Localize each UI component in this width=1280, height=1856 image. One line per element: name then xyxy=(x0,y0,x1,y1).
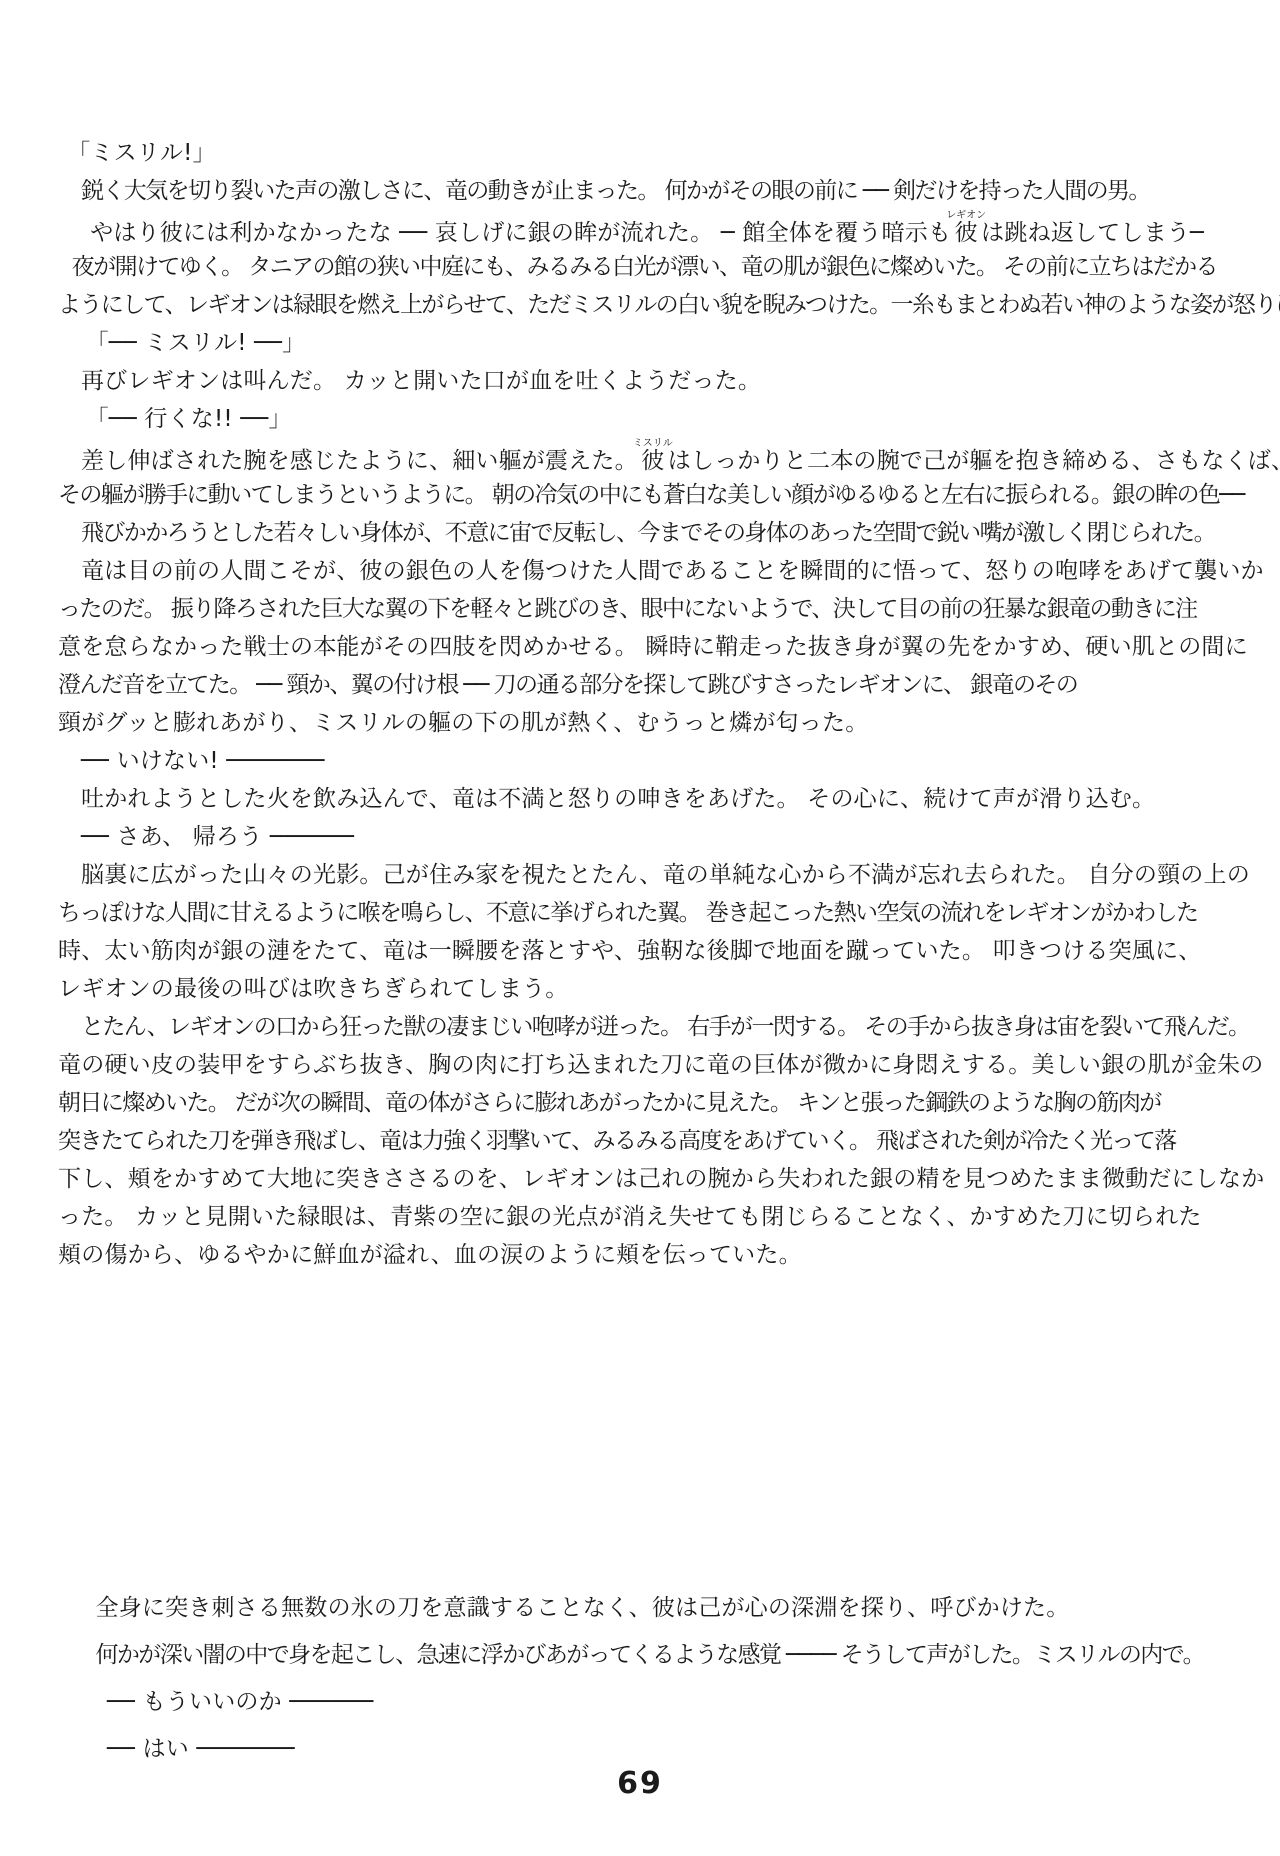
text-line: とたん、レギオンの口から狂った獣の凄まじい咆哮が迸った。 右手が一閃する。 その… xyxy=(58,1008,1238,1046)
text-line: 吐かれようとした火を飲み込んで、竜は不満と怒りの呻きをあげた。 その心に、続けて… xyxy=(58,780,1238,818)
text-line: 「── ミスリル! ──」 xyxy=(58,324,1238,362)
text-line: その軀が勝手に動いてしまうというように。 朝の冷気の中にも蒼白な美しい顔がゆるゆ… xyxy=(58,476,1238,514)
text-line: ── いけない! ─────── xyxy=(58,742,1238,780)
page-number: 69 xyxy=(0,1766,1280,1801)
text-line: 澄んだ音を立てた。 ── 頸か、翼の付け根 ── 刀の通る部分を探して跳びすさっ… xyxy=(58,666,1238,704)
text-line: レギオンの最後の叫びは吹きちぎられてしまう。 xyxy=(58,970,1238,1008)
text-line: 全身に突き刺さる無数の氷の刀を意識することなく、彼は己が心の深淵を探り、呼びかけ… xyxy=(84,1585,1224,1632)
text-line: 脳裏に広がった山々の光影。己が住み家を視たとたん、竜の単純な心から不満が忘れ去ら… xyxy=(58,856,1238,894)
text-line: 頬の傷から、ゆるやかに鮮血が溢れ、血の涙のように頬を伝っていた。 xyxy=(58,1236,1238,1274)
text-line: ── さあ、 帰ろう ────── xyxy=(58,818,1238,856)
text-line: 何かが深い闇の中で身を起こし、急速に浮かびあがってくるような感覚 ──── そう… xyxy=(84,1632,1224,1679)
text-line: ようにして、レギオンは緑眼を燃え上がらせて、ただミスリルの白い貌を睨みつけた。一… xyxy=(58,286,1238,324)
novel-text-main: 「ミスリル!」鋭く大気を切り裂いた声の激しさに、竜の動きが止まった。 何かがその… xyxy=(58,134,1238,1274)
text-line: ── もういいのか ────── xyxy=(84,1679,1224,1726)
text-line: 夜が開けてゆく。 タニアの館の狭い中庭にも、みるみる白光が漂い、竜の肌が銀色に燦… xyxy=(58,248,1238,286)
text-line: 突きたてられた刀を弾き飛ばし、竜は力強く羽撃いて、みるみる高度をあげていく。 飛… xyxy=(58,1122,1238,1160)
text-line: ったのだ。 振り降ろされた巨大な翼の下を軽々と跳びのき、眼中にないようで、決して… xyxy=(58,590,1238,628)
text-line: った。 カッと見開いた緑眼は、青紫の空に銀の光点が消え失せても閉じらることなく、… xyxy=(58,1198,1238,1236)
text-line: 意を怠らなかった戦士の本能がその四肢を閃めかせる。 瞬時に鞘走った抜き身が翼の先… xyxy=(58,628,1238,666)
text-line: 差し伸ばされた腕を感じたように、細い軀が震えた。彼ミスリルはしっかりと二本の腕で… xyxy=(58,438,1238,476)
text-line: 時、太い筋肉が銀の漣をたて、竜は一瞬腰を落とすや、強靭な後脚で地面を蹴っていた。… xyxy=(58,932,1238,970)
text-line: 「── 行くな!! ──」 xyxy=(58,400,1238,438)
furigana: 彼ミスリル xyxy=(638,448,668,474)
text-line: 再びレギオンは叫んだ。 カッと開いた口が血を吐くようだった。 xyxy=(58,362,1238,400)
scanned-page: 「ミスリル!」鋭く大気を切り裂いた声の激しさに、竜の動きが止まった。 何かがその… xyxy=(0,0,1280,1856)
text-line: 「ミスリル!」 xyxy=(58,134,1238,172)
text-line: 頸がグッと膨れあがり、ミスリルの軀の下の肌が熱く、むうっと燐が匂った。 xyxy=(58,704,1238,742)
text-line: 朝日に燦めいた。 だが次の瞬間、竜の体がさらに膨れあがったかに見えた。 キンと張… xyxy=(58,1084,1238,1122)
text-line: やはり彼には利かなかったな ── 哀しげに銀の眸が流れた。 ─ 館全体を覆う暗示… xyxy=(58,210,1238,248)
novel-text-closing: 全身に突き刺さる無数の氷の刀を意識することなく、彼は己が心の深淵を探り、呼びかけ… xyxy=(84,1585,1224,1773)
furigana: 彼レギオン xyxy=(951,220,981,246)
text-line: 竜は目の前の人間こそが、彼の銀色の人を傷つけた人間であることを瞬間的に悟って、怒… xyxy=(58,552,1238,590)
text-line: 飛びかかろうとした若々しい身体が、不意に宙で反転し、今までその身体のあった空間で… xyxy=(58,514,1238,552)
text-line: 鋭く大気を切り裂いた声の激しさに、竜の動きが止まった。 何かがその眼の前に ──… xyxy=(58,172,1238,210)
text-line: ちっぽけな人間に甘えるように喉を鳴らし、不意に挙げられた翼。 巻き起こった熱い空… xyxy=(58,894,1238,932)
text-line: 下し、頬をかすめて大地に突きささるのを、レギオンは己れの腕から失われた銀の精を見… xyxy=(58,1160,1238,1198)
text-line: 竜の硬い皮の装甲をすらぶち抜き、胸の肉に打ち込まれた刀に竜の巨体が微かに身悶えす… xyxy=(58,1046,1238,1084)
